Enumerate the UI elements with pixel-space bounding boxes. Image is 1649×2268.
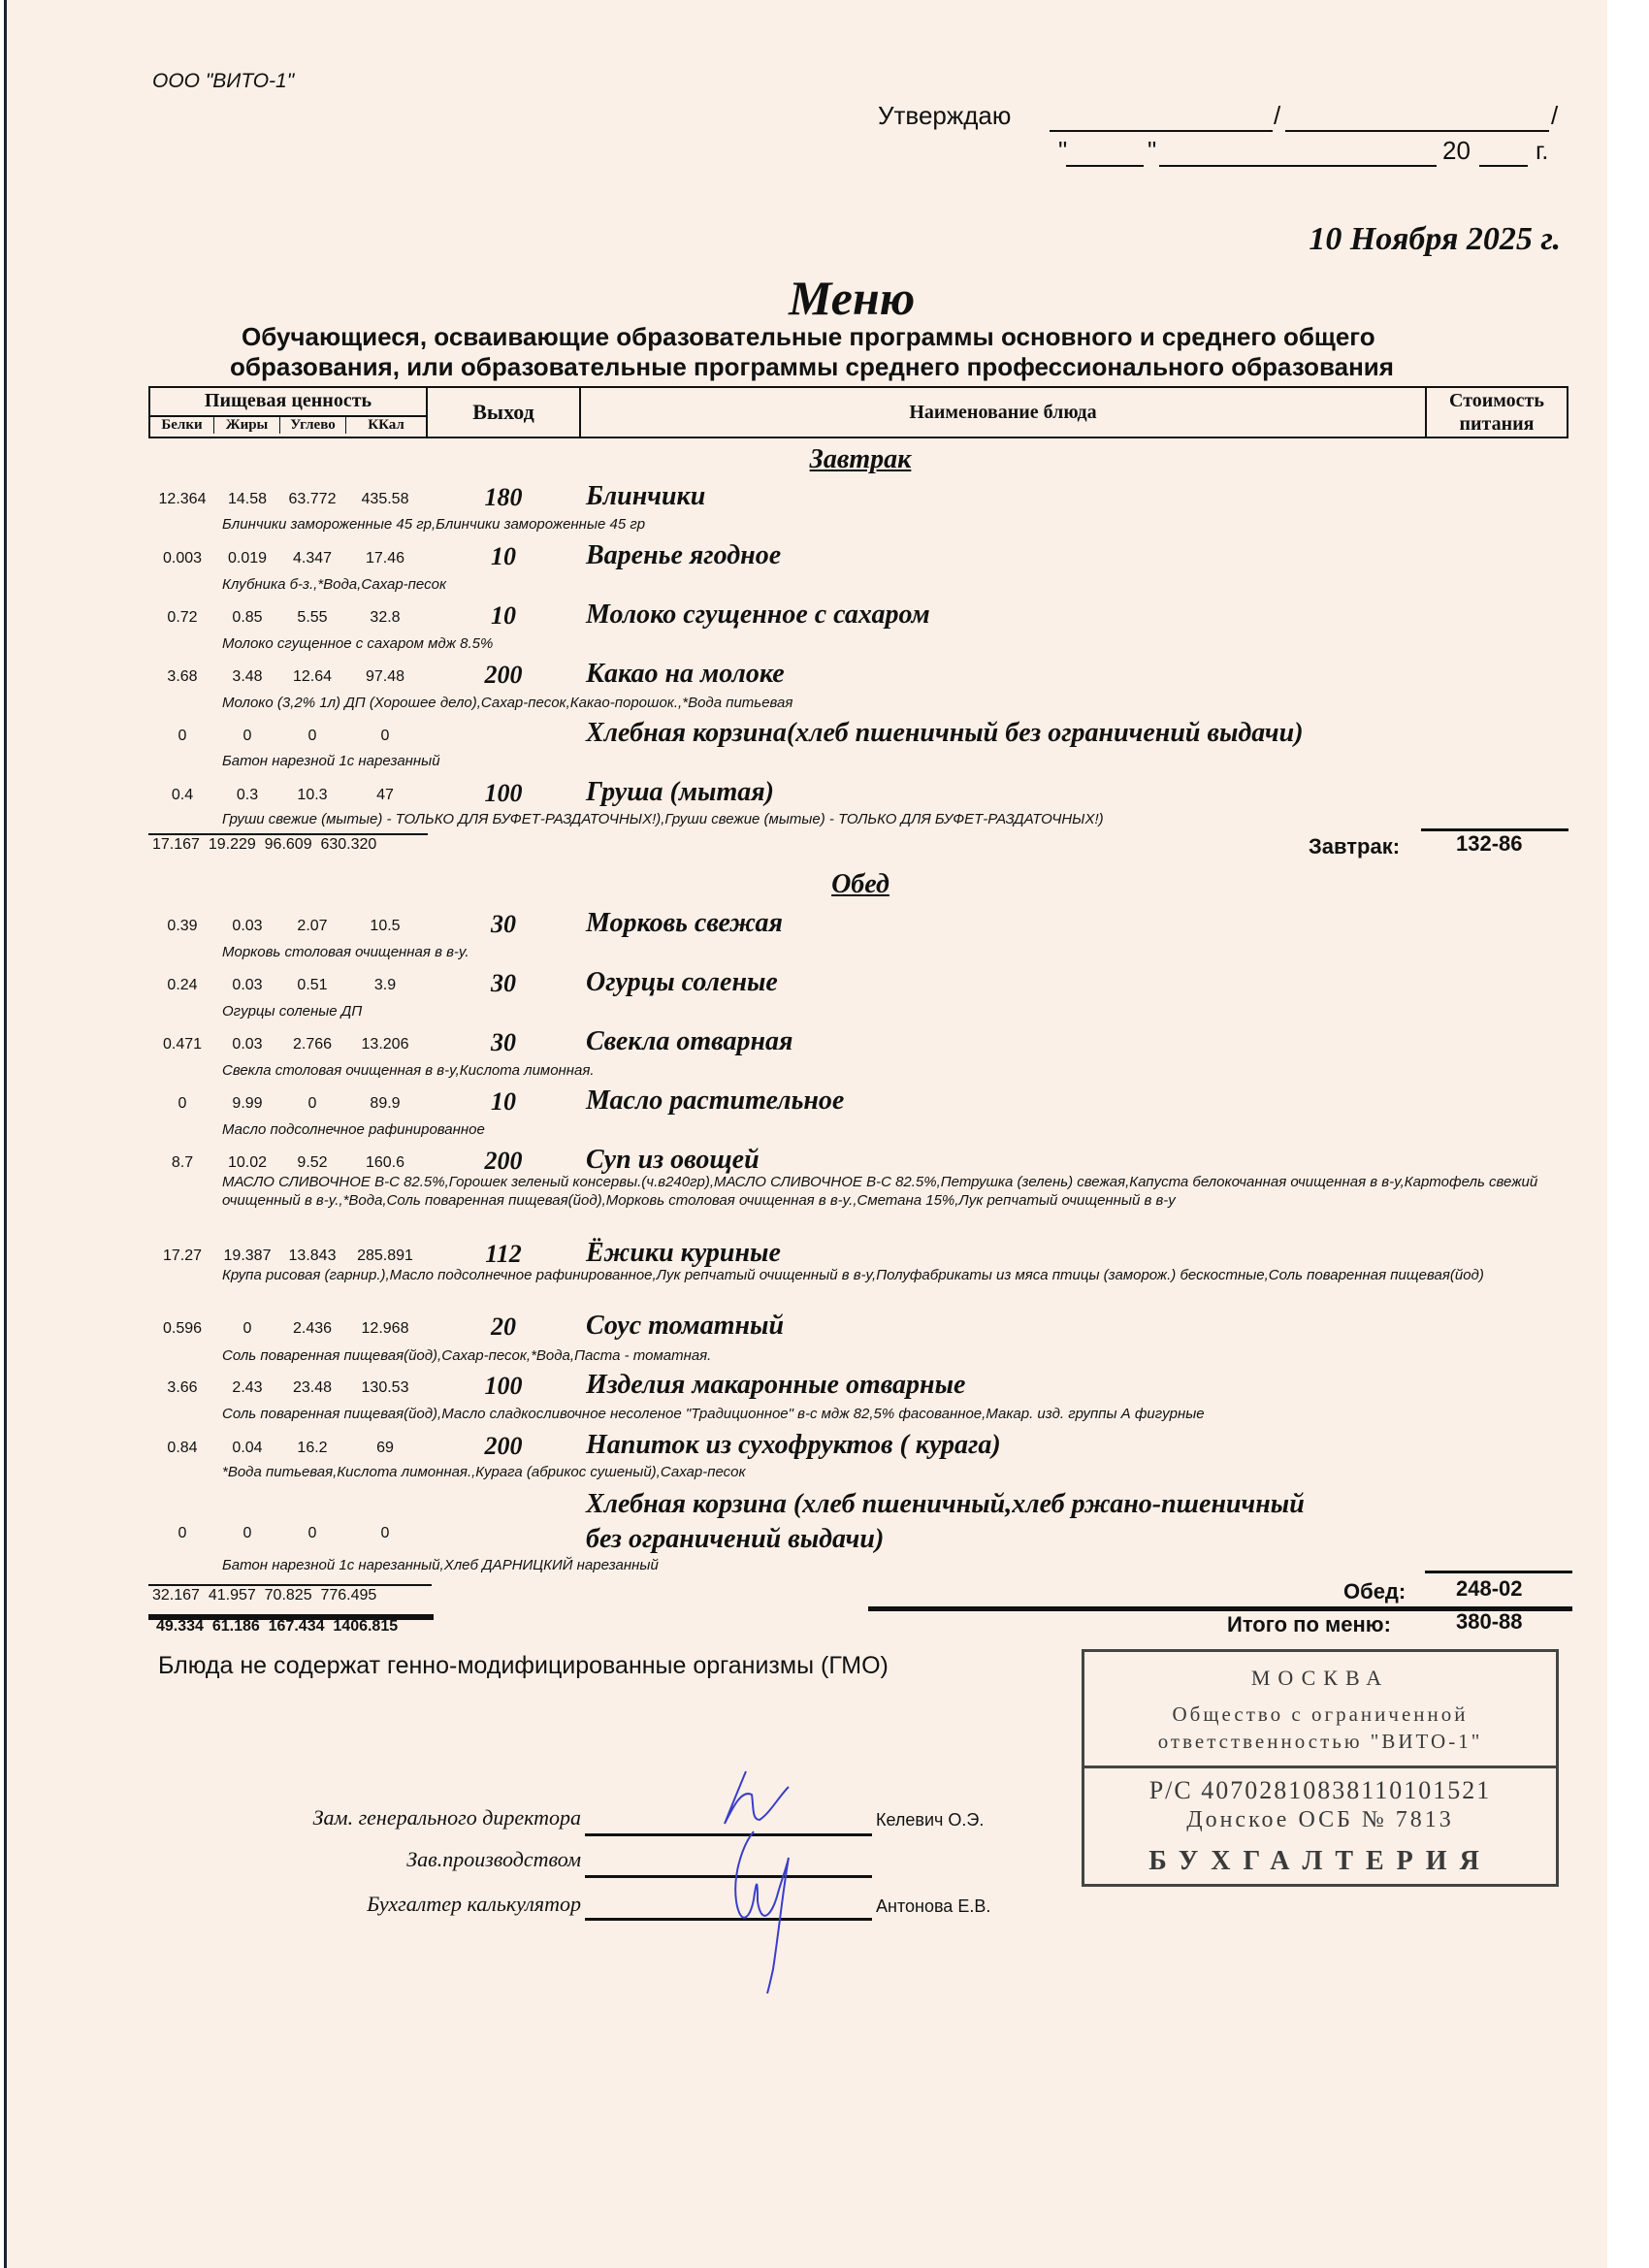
document-page: ООО "ВИТО-1" Утверждаю / / " " 20 г. 10 … [4,0,1607,2268]
signature-mark-2 [735,1831,789,1993]
signature-mark-1 [725,1771,789,1824]
handwritten-signatures [7,0,1607,2268]
